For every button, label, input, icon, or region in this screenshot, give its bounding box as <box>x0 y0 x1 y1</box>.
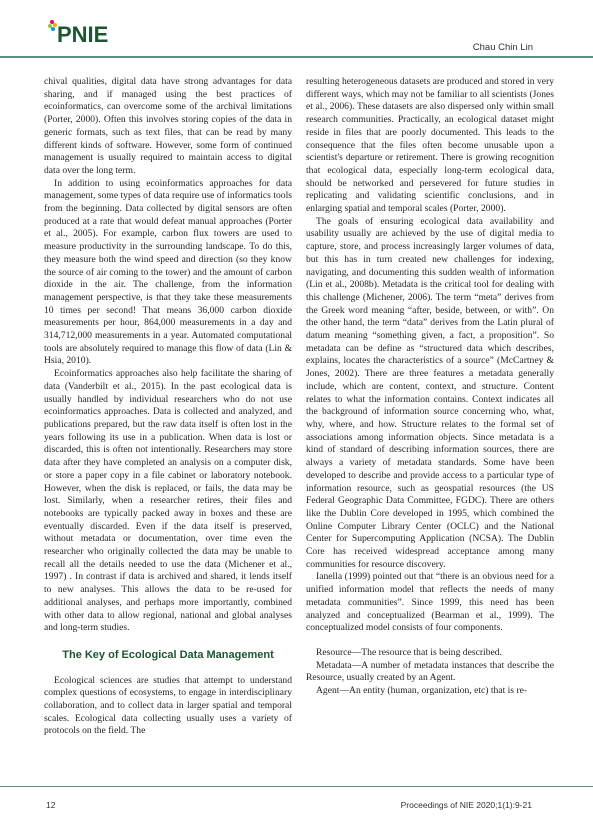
footer-divider <box>0 786 593 787</box>
section-heading: The Key of Ecological Data Management <box>44 649 292 662</box>
page-header: PNIE Chau Chin Lin <box>0 0 593 58</box>
paragraph: Ecological sciences are studies that att… <box>44 675 292 739</box>
paragraph: Ianella (1999) pointed out that “there i… <box>306 571 554 635</box>
left-column: chival qualities, digital data have stro… <box>44 76 292 738</box>
component-item: Resource—The resource that is being desc… <box>306 647 554 660</box>
component-item: Metadata—A number of metadata instances … <box>306 660 554 685</box>
journal-logo: PNIE <box>48 24 108 46</box>
journal-citation: Proceedings of NIE 2020;1(1):9-21 <box>401 800 532 810</box>
header-divider <box>0 56 593 58</box>
logo-flower-icon <box>48 20 56 34</box>
right-column: resulting heterogeneous datasets are pro… <box>306 76 554 698</box>
page-number: 12 <box>46 800 55 810</box>
component-item: Agent—An entity (human, organization, et… <box>306 685 554 698</box>
paragraph: In addition to using ecoinformatics appr… <box>44 178 292 369</box>
paragraph: resulting heterogeneous datasets are pro… <box>306 76 554 216</box>
logo-text: PNIE <box>57 24 108 46</box>
running-head-author: Chau Chin Lin <box>473 42 533 53</box>
paragraph: chival qualities, digital data have stro… <box>44 76 292 178</box>
paragraph: The goals of ensuring ecological data av… <box>306 216 554 572</box>
paragraph: Ecoinformatics approaches also help faci… <box>44 368 292 635</box>
